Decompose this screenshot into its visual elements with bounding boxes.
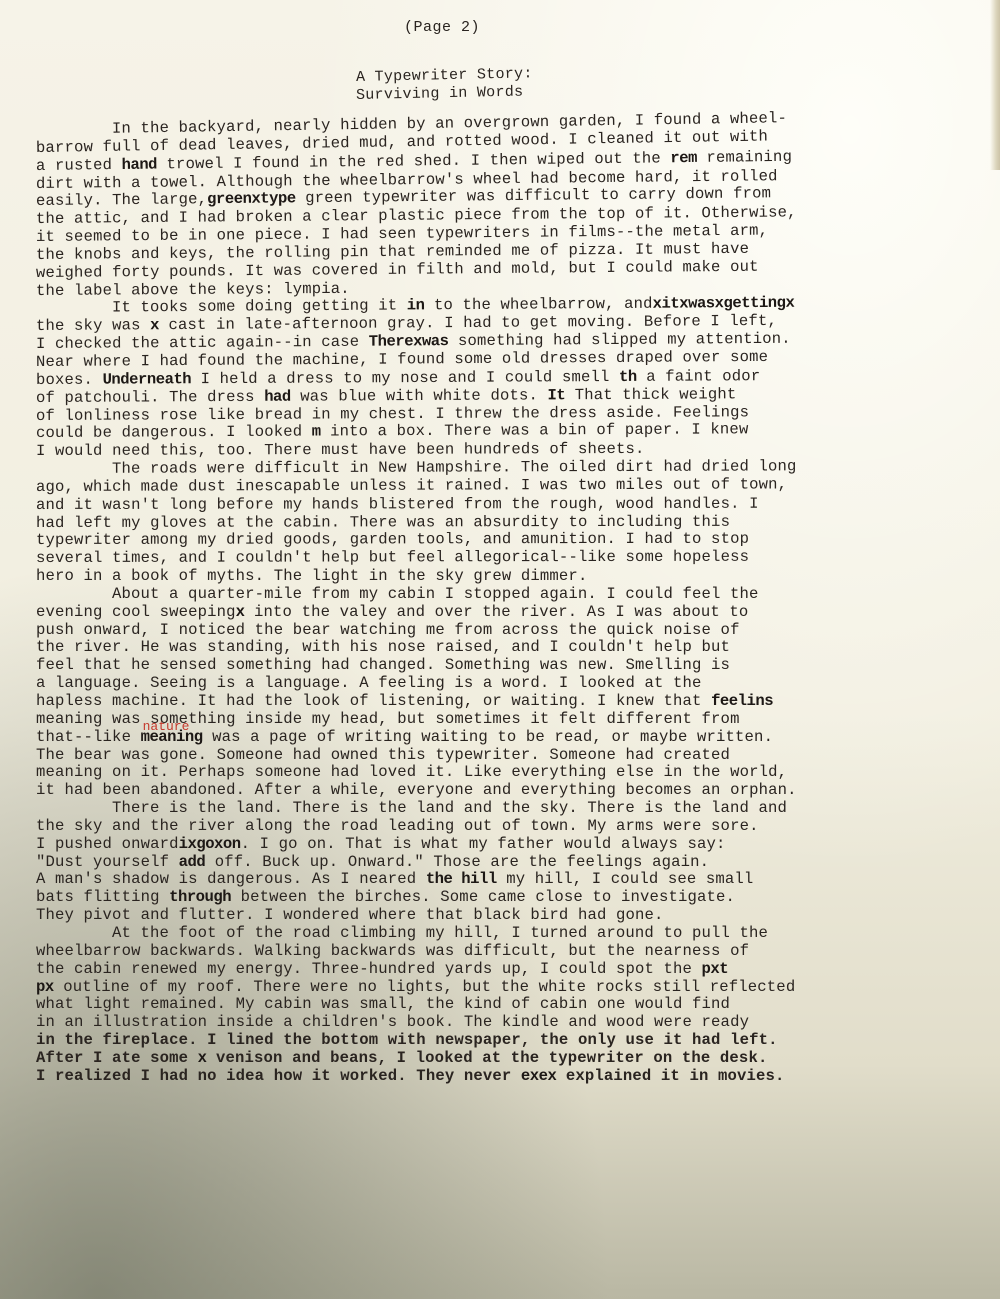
page-number: (Page 2) (404, 19, 480, 36)
typed-text: meaning was something inside my head, bu… (36, 710, 740, 728)
struck-out-text: exex (521, 1067, 556, 1085)
typed-text: my hill, I could see small (497, 870, 754, 888)
text-line: meaning on it. Perhaps someone had loved… (36, 764, 976, 782)
text-line: About a quarter-mile from my cabin I sto… (36, 586, 976, 604)
text-line: I pushed onwardixgoxon. I go on. That is… (36, 836, 976, 854)
text-line: what light remained. My cabin was small,… (36, 996, 976, 1014)
typed-text: bats flitting (36, 888, 169, 906)
typed-text: had left my gloves at the cabin. There w… (36, 512, 730, 531)
handwritten-annotation: nature (143, 719, 190, 734)
text-line: px outline of my roof. There were no lig… (36, 979, 976, 997)
typed-text: feel that he sensed something had change… (36, 656, 730, 674)
text-line: ago, which made dust inescapable unless … (36, 476, 976, 497)
struck-out-text: the hill (426, 870, 497, 888)
text-line: They pivot and flutter. I wondered where… (36, 907, 976, 925)
typed-text: remaining (697, 147, 792, 166)
text-line: the river. He was standing, with his nos… (36, 639, 976, 657)
text-line: the sky and the river along the road lea… (36, 818, 976, 836)
typed-text: into the valey and over the river. As I … (245, 603, 749, 621)
typed-text: a rusted (36, 156, 122, 175)
struck-out-text: had (264, 387, 291, 405)
struck-out-text: hand (121, 155, 157, 173)
text-line: "Dust yourself add off. Buck up. Onward.… (36, 854, 976, 872)
typed-text: between the birches. Some came close to … (231, 888, 735, 906)
typed-text: ago, which made dust inescapable unless … (36, 475, 787, 496)
typed-text: meaning on it. Perhaps someone had loved… (36, 763, 787, 781)
typed-text: After I ate some (36, 1049, 198, 1067)
typed-text: I realized I had no idea how it worked. … (36, 1067, 521, 1085)
text-line: bats flitting through between the birche… (36, 889, 976, 907)
typed-text: I held a dress to my nose and I could sm… (191, 368, 619, 388)
typed-text: push onward, I noticed the bear watching… (36, 621, 740, 639)
struck-out-text: th (619, 368, 637, 386)
text-line: several times, and I couldn't help but f… (36, 549, 976, 568)
text-line: feel that he sensed something had change… (36, 657, 976, 675)
text-line: and it wasn't long before my hands blist… (36, 495, 976, 514)
typed-text: At the foot of the road climbing my hill… (112, 924, 768, 942)
typed-text: There is the land. There is the land and… (112, 799, 787, 817)
text-line: hero in a book of myths. The light in th… (36, 568, 976, 586)
typed-text: in the fireplace. I lined the bottom wit… (36, 1031, 778, 1049)
typed-text: boxes. (36, 370, 103, 388)
struck-out-text: Underneath (103, 370, 192, 388)
typed-text: several times, and I couldn't help but f… (36, 548, 749, 567)
struck-out-text: xitxwasxgettingx (653, 294, 795, 313)
struck-out-text: px (36, 978, 54, 996)
typed-text: the river. He was standing, with his nos… (36, 638, 730, 656)
story-body: In the backyard, nearly hidden by an ove… (36, 122, 976, 1086)
typed-text: wheelbarrow backwards. Walking backwards… (36, 942, 749, 960)
struck-out-text: rem (670, 149, 697, 167)
text-line: I realized I had no idea how it worked. … (36, 1068, 976, 1086)
typed-text: A man's shadow is dangerous. As I neared (36, 870, 426, 888)
text-line: The bear was gone. Someone had owned thi… (36, 747, 976, 765)
text-line: evening cool sweepingx into the valey an… (36, 604, 976, 622)
text-line: the cabin renewed my energy. Three-hundr… (36, 961, 976, 979)
typed-text: hero in a book of myths. The light in th… (36, 567, 587, 585)
typed-text: explained it in movies. (556, 1067, 784, 1085)
text-line: hapless machine. It had the look of list… (36, 693, 976, 711)
struck-out-text: add (179, 853, 206, 871)
typed-text: could be dangerous. I looked (36, 423, 312, 442)
text-line: A man's shadow is dangerous. As I neared… (36, 871, 976, 889)
struck-out-text: ixgoxon (179, 835, 241, 853)
typed-text: They pivot and flutter. I wondered where… (36, 906, 664, 924)
typed-text: the sky was (36, 316, 150, 335)
struck-out-text: x (198, 1049, 207, 1067)
typed-text: in an illustration inside a children's b… (36, 1013, 749, 1031)
text-line: There is the land. There is the land and… (36, 800, 976, 818)
typed-text: of patchouli. The dress (36, 387, 264, 406)
paper-edge (990, 0, 1000, 170)
struck-out-text: in (407, 297, 425, 315)
typed-text: evening cool sweeping (36, 603, 236, 621)
typed-text: About a quarter-mile from my cabin I sto… (112, 585, 759, 603)
typed-text: The bear was gone. Someone had owned thi… (36, 746, 730, 764)
text-line: push onward, I noticed the bear watching… (36, 622, 976, 640)
text-line: in an illustration inside a children's b… (36, 1014, 976, 1032)
typed-text: into a box. There was a bin of paper. I … (321, 421, 749, 441)
typed-text: a faint odor (637, 367, 761, 386)
typed-text: was a page of writing waiting to be read… (203, 728, 773, 746)
typed-text: outline of my roof. There were no lights… (54, 978, 796, 996)
typed-text: and it wasn't long before my hands blist… (36, 494, 759, 513)
typed-text: that--like (36, 728, 141, 746)
typed-text: . I go on. That is what my father would … (241, 835, 726, 853)
struck-out-text: Therexwas (369, 332, 449, 351)
struck-out-text: m (312, 423, 321, 441)
typed-text: hapless machine. It had the look of list… (36, 692, 711, 710)
text-line: wheelbarrow backwards. Walking backwards… (36, 943, 976, 961)
struck-out-text: pxt (702, 960, 729, 978)
typed-text: I would need this, too. There must have … (36, 440, 645, 460)
text-line: a language. Seeing is a language. A feel… (36, 675, 976, 693)
struck-out-text: It (547, 386, 565, 404)
typed-text: venison and beans, I looked at the typew… (207, 1049, 768, 1067)
typed-text: the sky and the river along the road lea… (36, 817, 759, 835)
struck-out-text: x (150, 316, 159, 334)
typed-text: That thick weight (565, 385, 736, 404)
typed-text: to the wheelbarrow, and (424, 295, 652, 315)
typed-text: what light remained. My cabin was small,… (36, 995, 730, 1013)
struck-out-text: feelins (711, 692, 773, 710)
typed-text: easily. The large, (36, 191, 207, 211)
typed-text: was blue with white dots. (291, 386, 548, 405)
text-line: At the foot of the road climbing my hill… (36, 925, 976, 943)
typed-text: typewriter among my dried goods, garden … (36, 530, 749, 549)
typed-text: the cabin renewed my energy. Three-hundr… (36, 960, 702, 978)
struck-out-text: greenxtype (207, 190, 296, 209)
story-subtitle: Surviving in Words (356, 83, 524, 104)
text-line: in the fireplace. I lined the bottom wit… (36, 1032, 976, 1050)
typed-text: off. Buck up. Onward." Those are the fee… (205, 853, 709, 871)
struck-out-text: x (236, 603, 245, 621)
text-line: it had been abandoned. After a while, ev… (36, 782, 976, 800)
typed-text: a language. Seeing is a language. A feel… (36, 674, 702, 692)
typed-text: "Dust yourself (36, 853, 179, 871)
typed-text: it had been abandoned. After a while, ev… (36, 781, 797, 799)
text-line: After I ate some x venison and beans, I … (36, 1050, 976, 1068)
struck-out-text: through (169, 888, 231, 906)
typed-text: I pushed onward (36, 835, 179, 853)
